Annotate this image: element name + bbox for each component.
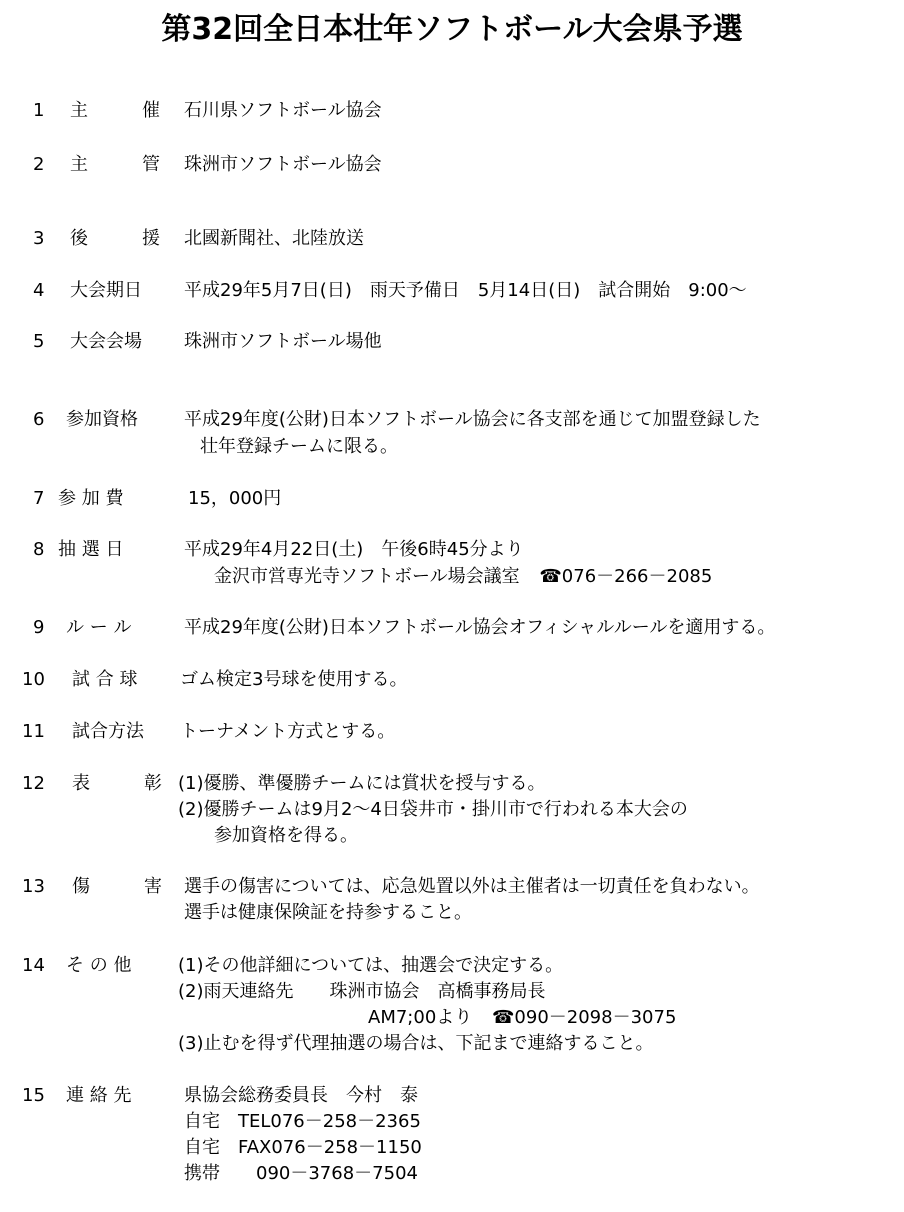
item-value: 珠洲市ソフトボール協会 xyxy=(184,152,382,178)
item-number: 9 xyxy=(33,615,44,641)
item-label: ル ー ル xyxy=(66,615,131,641)
item-value: (1)その他詳細については、抽選会で決定する。 xyxy=(178,953,563,979)
item-value: 平成29年度(公財)日本ソフトボール協会に各支部を通じて加盟登録した xyxy=(184,407,761,433)
home-tel: 自宅 TEL076－258－2365 xyxy=(184,1109,421,1135)
item-label: 後 援 xyxy=(70,226,160,252)
item-number: 1 xyxy=(33,98,44,124)
item-label: 大会期日 xyxy=(70,278,142,304)
item-label: 主 催 xyxy=(70,98,160,124)
item-number: 11 xyxy=(22,719,45,745)
item-value: 北國新聞社、北陸放送 xyxy=(184,226,364,252)
item-label: 表 彰 xyxy=(72,771,162,797)
item-value: (2)雨天連絡先 珠洲市協会 高橋事務局長 xyxy=(178,979,546,1005)
item-value: 壮年登録チームに限る。 xyxy=(200,434,398,460)
item-label: 試 合 球 xyxy=(72,667,137,693)
page-title: 第32回全日本壮年ソフトボール大会県予選 xyxy=(0,4,904,48)
item-label: 傷 害 xyxy=(72,874,162,900)
home-fax: 自宅 FAX076－258－1150 xyxy=(184,1135,422,1161)
item-label: 抽 選 日 xyxy=(58,537,123,563)
item-value: (2)優勝チームは9月2〜4日袋井市・掛川市で行われる本大会の xyxy=(178,797,688,823)
item-value: 平成29年度(公財)日本ソフトボール協会オフィシャルルールを適用する。 xyxy=(184,615,775,641)
item-number: 2 xyxy=(33,152,44,178)
item-label: 参 加 費 xyxy=(58,486,123,512)
item-number: 6 xyxy=(33,407,44,433)
time-text: AM7;00より xyxy=(368,1007,472,1028)
phone-icon: ☎ xyxy=(492,1007,514,1028)
item-number: 15 xyxy=(22,1083,45,1109)
item-value: トーナメント方式とする。 xyxy=(180,719,395,745)
item-value: ゴム検定3号球を使用する。 xyxy=(180,667,407,693)
item-value: 選手の傷害については、応急処置以外は主催者は一切責任を負わない。 xyxy=(184,874,760,900)
item-label: 連 絡 先 xyxy=(66,1083,131,1109)
venue-text: 金沢市営専光寺ソフトボール場会議室 xyxy=(214,566,520,587)
phone-number: 090－2098－3075 xyxy=(514,1007,676,1028)
item-number: 14 xyxy=(22,953,45,979)
item-label: 主 管 xyxy=(70,152,160,178)
item-value: 県協会総務委員長 今村 泰 xyxy=(184,1083,418,1109)
item-value: 15，000円 xyxy=(188,486,281,512)
item-value: 選手は健康保険証を持参すること。 xyxy=(184,900,472,926)
item-label: 試合方法 xyxy=(72,719,144,745)
item-value: AM7;00より ☎090－2098－3075 xyxy=(368,1005,676,1031)
item-number: 10 xyxy=(22,667,45,693)
phone-icon: ☎ xyxy=(539,566,561,587)
item-number: 4 xyxy=(33,278,44,304)
item-number: 12 xyxy=(22,771,45,797)
phone-number: 076－266－2085 xyxy=(562,566,713,587)
item-value: 平成29年4月22日(土) 午後6時45分より xyxy=(184,537,524,563)
item-number: 8 xyxy=(33,537,44,563)
item-label: 大会会場 xyxy=(70,329,142,355)
item-value: (3)止むを得ず代理抽選の場合は、下記まで連絡すること。 xyxy=(178,1031,654,1057)
item-value: 石川県ソフトボール協会 xyxy=(184,98,382,124)
mobile-phone: 携帯 090－3768－7504 xyxy=(184,1161,418,1187)
item-label: そ の 他 xyxy=(66,953,131,979)
item-number: 13 xyxy=(22,874,45,900)
item-value: 金沢市営専光寺ソフトボール場会議室 ☎076－266－2085 xyxy=(214,564,712,590)
item-value: 平成29年5月7日(日) 雨天予備日 5月14日(日) 試合開始 9:00〜 xyxy=(184,278,747,304)
item-label: 参加資格 xyxy=(66,407,138,433)
item-number: 5 xyxy=(33,329,44,355)
item-number: 3 xyxy=(33,226,44,252)
item-value: 珠洲市ソフトボール場他 xyxy=(184,329,382,355)
item-number: 7 xyxy=(33,486,44,512)
item-value: (1)優勝、準優勝チームには賞状を授与する。 xyxy=(178,771,546,797)
item-value: 参加資格を得る。 xyxy=(214,823,358,849)
